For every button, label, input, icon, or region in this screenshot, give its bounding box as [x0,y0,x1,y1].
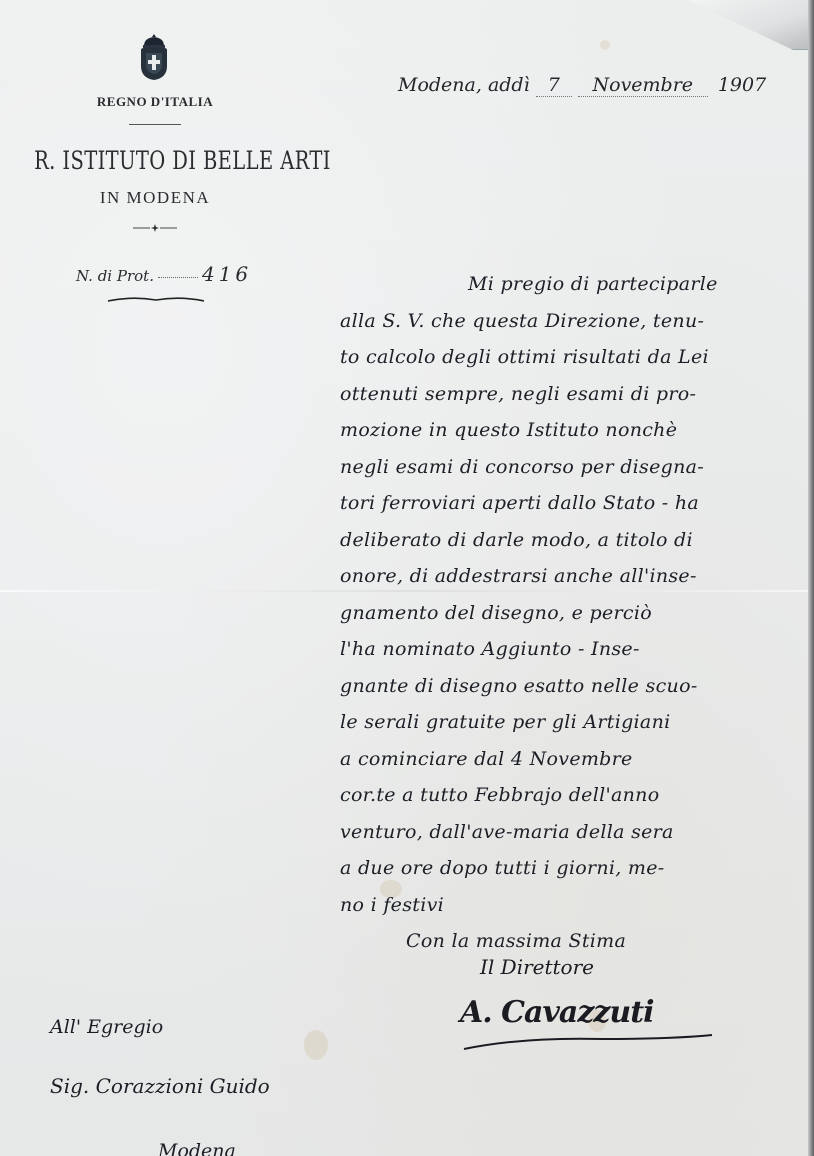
letter-body: Mi pregio di parteciparle alla S. V. che… [340,266,800,960]
dotted-fill [158,277,198,278]
kingdom-heading: REGNO D'ITALIA [0,94,310,110]
folded-corner [674,0,814,50]
paper-stain [600,40,610,50]
swash-ornament-icon [108,294,204,304]
dateline: Modena, addì 7 Novembre 1907 [398,74,766,97]
date-month: Novembre [578,74,708,97]
body-line: alla S. V. che questa Direzione, tenu- [340,303,800,340]
savoy-crown-crest-icon [137,32,171,82]
star-ornament-icon [133,224,177,232]
institute-heading: R. ISTITUTO DI BELLE ARTI [34,146,276,175]
city-heading: IN MODENA [0,188,310,208]
addressee-name: Sig. Corazzioni Guido [50,1074,270,1098]
protocol-number: 416 [202,262,252,286]
signatory-title: Il Direttore [480,955,594,979]
body-line: tori ferroviari aperti dallo Stato - ha [340,485,800,522]
body-line: mozione in questo Istituto nonchè [340,412,800,449]
body-line: a due ore dopo tutti i giorni, me- [340,850,800,887]
date-year: 1907 [718,74,766,96]
body-line: venturo, dall'ave-maria della sera [340,814,800,851]
body-line: gnamento del disegno, e perciò [340,595,800,632]
addressee-salutation: All' Egregio [50,1016,163,1038]
body-line: deliberato di darle modo, a titolo di [340,522,800,559]
divider-rule [129,124,181,125]
addressee-city: Modena [158,1140,236,1156]
signature-flourish-icon [462,1033,722,1053]
protocol-label: N. di Prot. [76,267,154,285]
paper-edge-shadow [808,0,814,1156]
body-line: cor.te a tutto Febbrajo dell'anno [340,777,800,814]
body-line: a cominciare dal 4 Novembre [340,741,800,778]
signature-block: Il Direttore A. Cavazzuti [480,955,594,979]
body-line: le serali gratuite per gli Artigiani [340,704,800,741]
protocol-number-field: N. di Prot.416 [76,262,276,286]
body-line: to calcolo degli ottimi risultati da Lei [340,339,800,376]
date-place: Modena, addì [398,74,530,96]
body-line: l'ha nominato Aggiunto - Inse- [340,631,800,668]
paper-stain [304,1030,328,1060]
body-line: Mi pregio di parteciparle [340,266,800,303]
letter-page: REGNO D'ITALIA R. ISTITUTO DI BELLE ARTI… [0,0,814,1156]
body-line: ottenuti sempre, negli esami di pro- [340,376,800,413]
body-line: gnante di disegno esatto nelle scuo- [340,668,800,705]
body-line: no i festivi [340,887,800,924]
signature: A. Cavazzuti [460,995,654,1030]
body-line: negli esami di concorso per disegna- [340,449,800,486]
body-line: onore, di addestrarsi anche all'inse- [340,558,800,595]
date-day: 7 [536,74,572,97]
